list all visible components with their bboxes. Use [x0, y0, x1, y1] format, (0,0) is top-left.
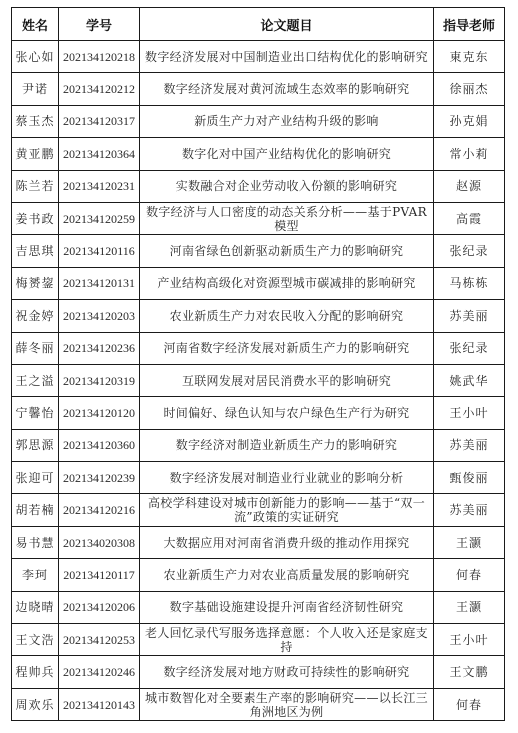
advisor-name: 王灏	[434, 591, 505, 623]
thesis-title: 数字经济发展对制造业行业就业的影响分析	[140, 462, 434, 494]
table-row: 梅赟鋆 202134120131 产业结构高级化对资源型城市碳减排的影响研究 马…	[12, 267, 505, 299]
thesis-title: 时间偏好、绿色认知与农户绿色生产行为研究	[140, 397, 434, 429]
student-id: 202134120120	[59, 397, 140, 429]
table-row: 姜书政 202134120259 数字经济与人口密度的动态关系分析——基于PVA…	[12, 202, 505, 234]
table-row: 宁馨怡 202134120120 时间偏好、绿色认知与农户绿色生产行为研究 王小…	[12, 397, 505, 429]
advisor-name: 苏美丽	[434, 300, 505, 332]
thesis-title: 数字化对中国产业结构优化的影响研究	[140, 138, 434, 170]
student-name: 陈兰若	[12, 170, 59, 202]
student-name: 李珂	[12, 559, 59, 591]
thesis-title: 城市数智化对全要素生产率的影响研究——以长江三角洲地区为例	[140, 688, 434, 720]
student-id: 202134120212	[59, 73, 140, 105]
advisor-name: 何春	[434, 688, 505, 720]
header-student-id: 学号	[59, 8, 140, 41]
student-id: 202134120317	[59, 105, 140, 137]
advisor-name: 甄俊丽	[434, 462, 505, 494]
student-name: 黄亚鹏	[12, 138, 59, 170]
student-id: 202134020308	[59, 526, 140, 558]
table-row: 程帅兵 202134120246 数字经济发展对地方财政可持续性的影响研究 王文…	[12, 656, 505, 688]
table-row: 黄亚鹏 202134120364 数字化对中国产业结构优化的影响研究 常小莉	[12, 138, 505, 170]
thesis-title: 数字经济发展对地方财政可持续性的影响研究	[140, 656, 434, 688]
student-name: 尹诺	[12, 73, 59, 105]
student-id: 202134120116	[59, 235, 140, 267]
table-row: 李珂 202134120117 农业新质生产力对农业高质量发展的影响研究 何春	[12, 559, 505, 591]
student-name: 姜书政	[12, 202, 59, 234]
thesis-title: 新质生产力对产业结构升级的影响	[140, 105, 434, 137]
advisor-name: 苏美丽	[434, 494, 505, 526]
table-row: 张迎可 202134120239 数字经济发展对制造业行业就业的影响分析 甄俊丽	[12, 462, 505, 494]
thesis-title: 数字经济发展对黄河流域生态效率的影响研究	[140, 73, 434, 105]
student-name: 郭思源	[12, 429, 59, 461]
student-id: 202134120246	[59, 656, 140, 688]
thesis-title: 实数融合对企业劳动收入份额的影响研究	[140, 170, 434, 202]
advisor-name: 王灏	[434, 526, 505, 558]
thesis-table: 姓名 学号 论文题目 指导老师 张心如 202134120218 数字经济发展对…	[11, 7, 505, 721]
thesis-title: 数字经济与人口密度的动态关系分析——基于PVAR模型	[140, 202, 434, 234]
header-advisor: 指导老师	[434, 8, 505, 41]
student-id: 202134120360	[59, 429, 140, 461]
thesis-title: 互联网发展对居民消费水平的影响研究	[140, 364, 434, 396]
student-id: 202134120117	[59, 559, 140, 591]
advisor-name: 東克东	[434, 41, 505, 73]
student-id: 202134120203	[59, 300, 140, 332]
advisor-name: 张纪录	[434, 235, 505, 267]
student-name: 王文浩	[12, 624, 59, 656]
table-row: 尹诺 202134120212 数字经济发展对黄河流域生态效率的影响研究 徐丽杰	[12, 73, 505, 105]
advisor-name: 王小叶	[434, 397, 505, 429]
student-id: 202134120259	[59, 202, 140, 234]
table-header-row: 姓名 学号 论文题目 指导老师	[12, 8, 505, 41]
table-row: 张心如 202134120218 数字经济发展对中国制造业出口结构优化的影响研究…	[12, 41, 505, 73]
advisor-name: 苏美丽	[434, 429, 505, 461]
table-row: 薛冬丽 202134120236 河南省数字经济发展对新质生产力的影响研究 张纪…	[12, 332, 505, 364]
student-id: 202134120231	[59, 170, 140, 202]
student-name: 王之溢	[12, 364, 59, 396]
student-id: 202134120206	[59, 591, 140, 623]
table-row: 王之溢 202134120319 互联网发展对居民消费水平的影响研究 姚武华	[12, 364, 505, 396]
student-id: 202134120143	[59, 688, 140, 720]
thesis-title: 数字经济对制造业新质生产力的影响研究	[140, 429, 434, 461]
student-name: 吉思琪	[12, 235, 59, 267]
student-name: 胡若楠	[12, 494, 59, 526]
student-name: 张迎可	[12, 462, 59, 494]
advisor-name: 高霞	[434, 202, 505, 234]
student-id: 202134120236	[59, 332, 140, 364]
thesis-title: 农业新质生产力对农业高质量发展的影响研究	[140, 559, 434, 591]
student-name: 周欢乐	[12, 688, 59, 720]
student-id: 202134120253	[59, 624, 140, 656]
header-thesis-title: 论文题目	[140, 8, 434, 41]
thesis-title: 数字基础设施建设提升河南省经济韧性研究	[140, 591, 434, 623]
advisor-name: 孙克娟	[434, 105, 505, 137]
student-id: 202134120131	[59, 267, 140, 299]
student-name: 梅赟鋆	[12, 267, 59, 299]
advisor-name: 王文鹏	[434, 656, 505, 688]
advisor-name: 姚武华	[434, 364, 505, 396]
thesis-title: 大数据应用对河南省消费升级的推动作用探究	[140, 526, 434, 558]
thesis-title: 农业新质生产力对农民收入分配的影响研究	[140, 300, 434, 332]
table-row: 郭思源 202134120360 数字经济对制造业新质生产力的影响研究 苏美丽	[12, 429, 505, 461]
student-name: 祝金婷	[12, 300, 59, 332]
thesis-title: 河南省绿色创新驱动新质生产力的影响研究	[140, 235, 434, 267]
advisor-name: 张纪录	[434, 332, 505, 364]
thesis-title: 河南省数字经济发展对新质生产力的影响研究	[140, 332, 434, 364]
student-id: 202134120216	[59, 494, 140, 526]
table-row: 王文浩 202134120253 老人回忆录代写服务选择意愿：个人收入还是家庭支…	[12, 624, 505, 656]
student-id: 202134120218	[59, 41, 140, 73]
table-row: 胡若楠 202134120216 高校学科建设对城市创新能力的影响——基于“双一…	[12, 494, 505, 526]
student-id: 202134120319	[59, 364, 140, 396]
table-row: 祝金婷 202134120203 农业新质生产力对农民收入分配的影响研究 苏美丽	[12, 300, 505, 332]
advisor-name: 徐丽杰	[434, 73, 505, 105]
table-row: 陈兰若 202134120231 实数融合对企业劳动收入份额的影响研究 赵源	[12, 170, 505, 202]
thesis-title: 老人回忆录代写服务选择意愿：个人收入还是家庭支持	[140, 624, 434, 656]
student-name: 薛冬丽	[12, 332, 59, 364]
header-name: 姓名	[12, 8, 59, 41]
student-name: 边晓晴	[12, 591, 59, 623]
student-name: 蔡玉杰	[12, 105, 59, 137]
table-row: 边晓晴 202134120206 数字基础设施建设提升河南省经济韧性研究 王灏	[12, 591, 505, 623]
advisor-name: 王小叶	[434, 624, 505, 656]
advisor-name: 马栋栋	[434, 267, 505, 299]
student-name: 张心如	[12, 41, 59, 73]
student-name: 易书慧	[12, 526, 59, 558]
thesis-title: 数字经济发展对中国制造业出口结构优化的影响研究	[140, 41, 434, 73]
student-name: 程帅兵	[12, 656, 59, 688]
thesis-title: 产业结构高级化对资源型城市碳减排的影响研究	[140, 267, 434, 299]
student-name: 宁馨怡	[12, 397, 59, 429]
table-row: 蔡玉杰 202134120317 新质生产力对产业结构升级的影响 孙克娟	[12, 105, 505, 137]
table-row: 周欢乐 202134120143 城市数智化对全要素生产率的影响研究——以长江三…	[12, 688, 505, 720]
table-row: 吉思琪 202134120116 河南省绿色创新驱动新质生产力的影响研究 张纪录	[12, 235, 505, 267]
table-row: 易书慧 202134020308 大数据应用对河南省消费升级的推动作用探究 王灏	[12, 526, 505, 558]
student-id: 202134120239	[59, 462, 140, 494]
advisor-name: 赵源	[434, 170, 505, 202]
advisor-name: 常小莉	[434, 138, 505, 170]
student-id: 202134120364	[59, 138, 140, 170]
thesis-title: 高校学科建设对城市创新能力的影响——基于“双一流”政策的实证研究	[140, 494, 434, 526]
advisor-name: 何春	[434, 559, 505, 591]
